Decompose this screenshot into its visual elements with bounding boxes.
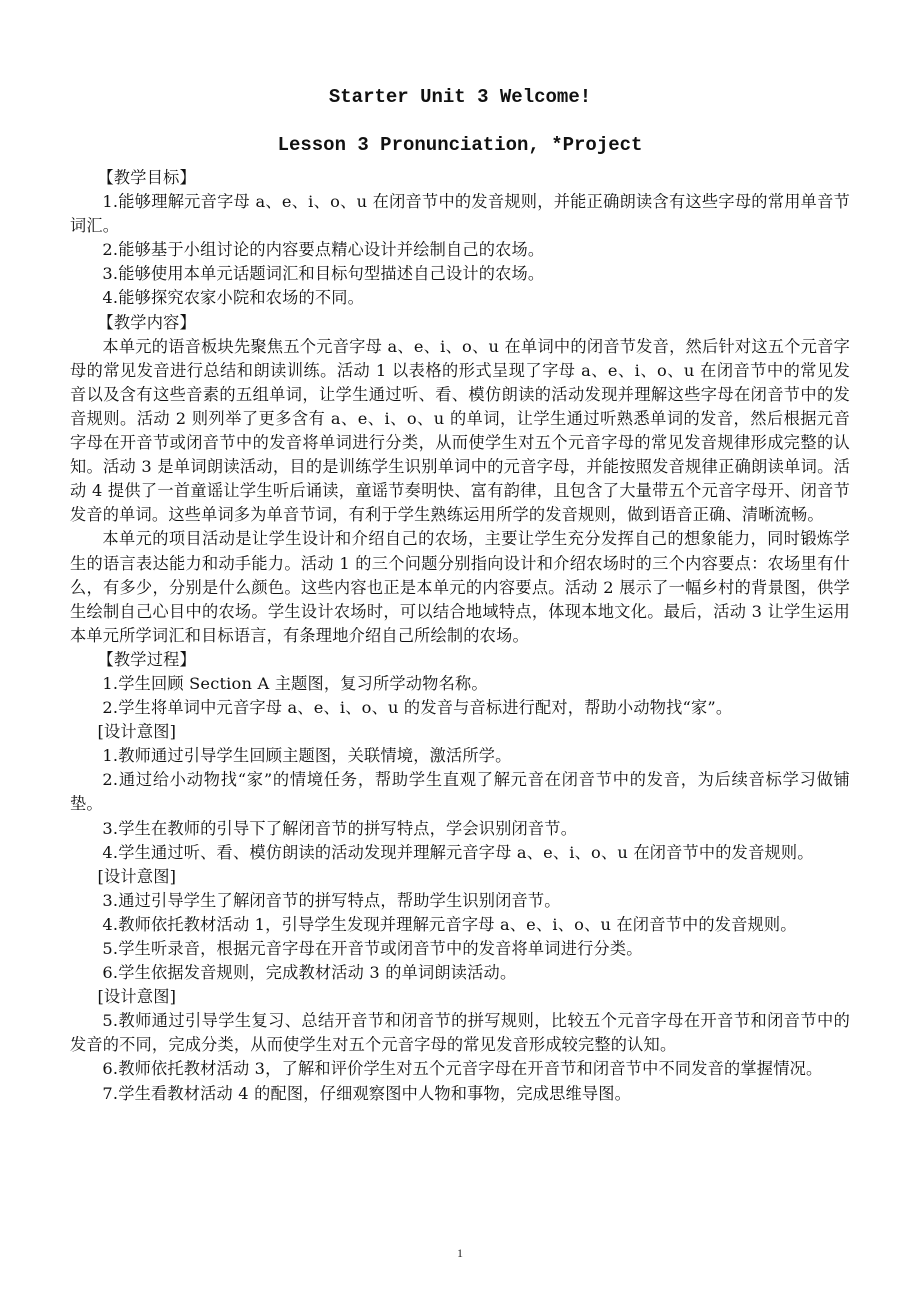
lesson-subtitle: Lesson 3 Pronunciation, *Project [70,130,850,160]
document-body: 【教学目标】 1.能够理解元音字母 a、e、i、o、u 在闭音节中的发音规则，并… [70,166,850,1106]
objective-item: 1.能够理解元音字母 a、e、i、o、u 在闭音节中的发音规则，并能正确朗读含有… [70,190,850,238]
section-heading-content: 【教学内容】 [70,311,850,335]
design-intent-item: 6.教师依托教材活动 3，了解和评价学生对五个元音字母在开音节和闭音节中不同发音… [70,1057,850,1081]
design-intent-item: 1.教师通过引导学生回顾主题图，关联情境，激活所学。 [70,744,850,768]
design-intent-item: 5.教师通过引导学生复习、总结开音节和闭音节的拼写规则，比较五个元音字母在开音节… [70,1009,850,1057]
process-step: 2.学生将单词中元音字母 a、e、i、o、u 的发音与音标进行配对，帮助小动物找… [70,696,850,720]
section-heading-process: 【教学过程】 [70,648,850,672]
design-intent-item: 2.通过给小动物找“家”的情境任务，帮助学生直观了解元音在闭音节中的发音，为后续… [70,768,850,816]
design-intent-item: 3.通过引导学生了解闭音节的拼写特点，帮助学生识别闭音节。 [70,889,850,913]
design-intent-label: [设计意图] [70,720,850,744]
design-intent-label: [设计意图] [70,865,850,889]
process-step: 1.学生回顾 Section A 主题图，复习所学动物名称。 [70,672,850,696]
objective-item: 3.能够使用本单元话题词汇和目标句型描述自己设计的农场。 [70,262,850,286]
content-paragraph: 本单元的语音板块先聚焦五个元音字母 a、e、i、o、u 在单词中的闭音节发音，然… [70,335,850,528]
objective-item: 2.能够基于小组讨论的内容要点精心设计并绘制自己的农场。 [70,238,850,262]
process-step: 3.学生在教师的引导下了解闭音节的拼写特点，学会识别闭音节。 [70,817,850,841]
design-intent-label: [设计意图] [70,985,850,1009]
objective-item: 4.能够探究农家小院和农场的不同。 [70,286,850,310]
process-step: 7.学生看教材活动 4 的配图，仔细观察图中人物和事物，完成思维导图。 [70,1082,850,1106]
document-page: Starter Unit 3 Welcome! Lesson 3 Pronunc… [70,80,850,1106]
document-title: Starter Unit 3 Welcome! [70,82,850,112]
process-step: 5.学生听录音，根据元音字母在开音节或闭音节中的发音将单词进行分类。 [70,937,850,961]
page-number: 1 [0,1246,920,1261]
content-paragraph: 本单元的项目活动是让学生设计和介绍自己的农场，主要让学生充分发挥自己的想象能力，… [70,527,850,647]
design-intent-item: 4.教师依托教材活动 1，引导学生发现并理解元音字母 a、e、i、o、u 在闭音… [70,913,850,937]
process-step: 4.学生通过听、看、模仿朗读的活动发现并理解元音字母 a、e、i、o、u 在闭音… [70,841,850,865]
process-step: 6.学生依据发音规则，完成教材活动 3 的单词朗读活动。 [70,961,850,985]
section-heading-objectives: 【教学目标】 [70,166,850,190]
